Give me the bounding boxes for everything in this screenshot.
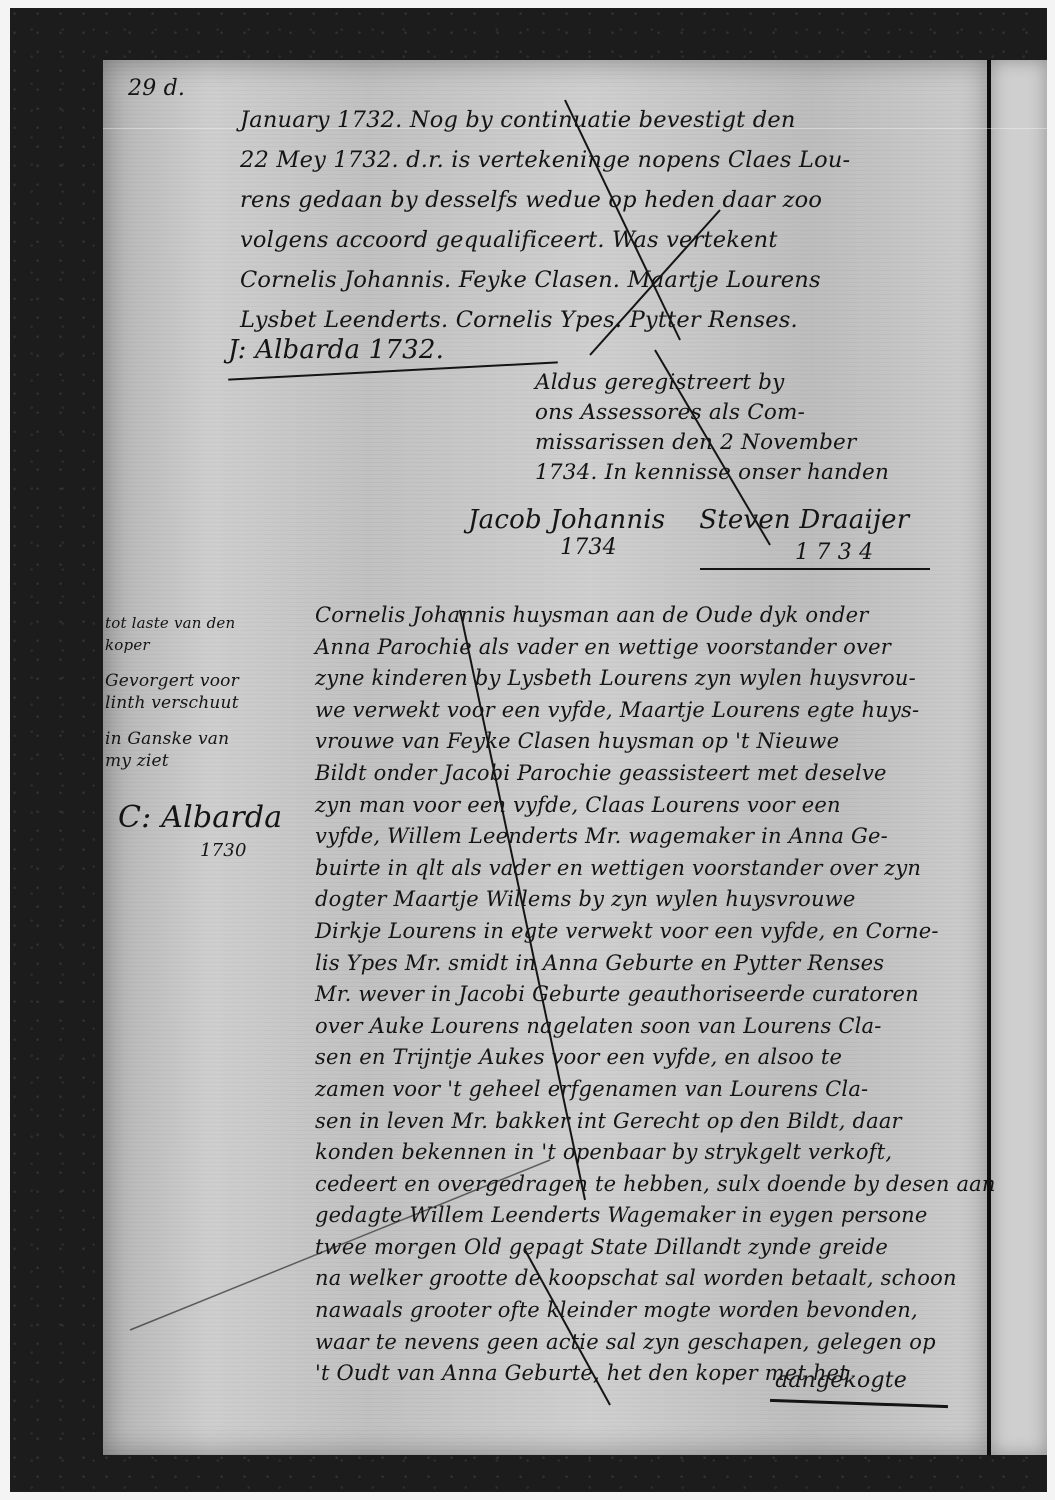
strike-line [460,610,585,1200]
strike-line [130,1160,550,1330]
strike-line [590,210,720,355]
cancellation-strokes [0,0,1055,1500]
strike-line [565,100,680,340]
strike-line [655,350,770,545]
strike-line [525,1250,610,1405]
